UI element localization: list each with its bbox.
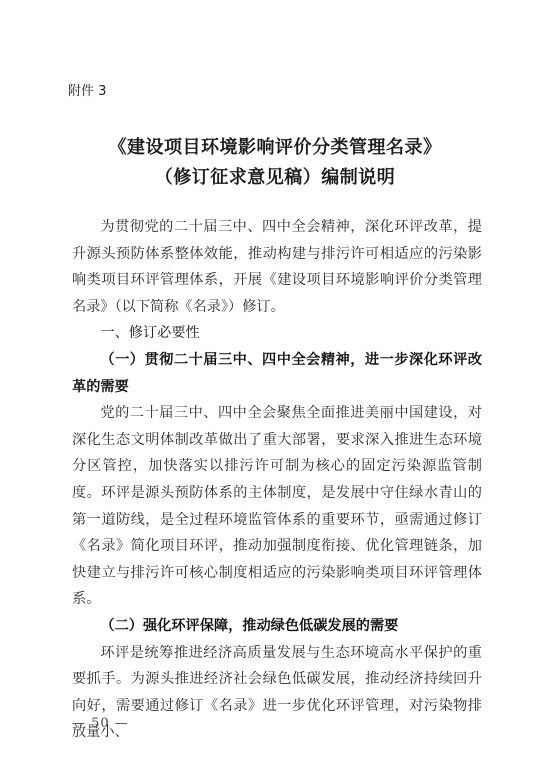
document-body: 为贯彻党的二十届三中、四中全会精神，深化环评改革，提升源头预防体系整体效能，推动… [72, 214, 482, 746]
page-number: — 50 — [72, 716, 129, 731]
body-paragraph-2: 环评是统筹推进经济高质量发展与生态环境高水平保护的重要抓手。为源头推进经济社会绿… [72, 640, 482, 746]
document-title-line-2: （修订征求意见稿）编制说明 [0, 163, 550, 189]
intro-paragraph: 为贯彻党的二十届三中、四中全会精神，深化环评改革，提升源头预防体系整体效能，推动… [72, 214, 482, 320]
attachment-label: 附件 3 [68, 80, 106, 99]
body-paragraph-1: 党的二十届三中、四中全会聚焦全面推进美丽中国建设，对深化生态文明体制改革做出了重… [72, 400, 482, 613]
document-title-line-1: 《建设项目环境影响评价分类管理名录》 [0, 133, 550, 159]
subsection-heading-2: （二）强化环评保障，推动绿色低碳发展的需要 [72, 613, 482, 640]
subsection-heading-1: （一）贯彻二十届三中、四中全会精神，进一步深化环评改革的需要 [72, 347, 482, 400]
section-heading-necessity: 一、修订必要性 [72, 320, 482, 347]
